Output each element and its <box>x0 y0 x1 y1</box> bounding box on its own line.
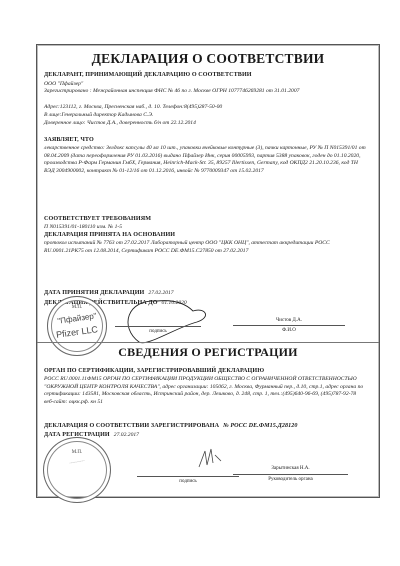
section-divider <box>37 342 379 343</box>
signer-name-line <box>233 325 345 326</box>
cert-body-text: РОСС RU.0001.11ФМ15 ОРГАН ПО СЕРТИФИКАЦИ… <box>44 376 366 406</box>
complies-heading: СООТВЕТСТВУЕТ ТРЕБОВАНИЯМ <box>44 216 151 222</box>
signature2-line <box>137 476 239 477</box>
document-title: ДЕКЛАРАЦИЯ О СООТВЕТСТВИИ <box>37 51 379 67</box>
cert-body-heading: ОРГАН ПО СЕРТИФИКАЦИИ, ЗАРЕГИСТРИРОВАВШИ… <box>44 368 264 374</box>
signer2-name: Зарытинская Н.А. <box>233 466 348 471</box>
registration-date-value: 27.02.2017 <box>114 432 139 438</box>
declarant-org: ООО "Пфайзер" <box>44 81 83 87</box>
basis-heading: ДЕКЛАРАЦИЯ ПРИНЯТА НА ОСНОВАНИИ <box>44 232 175 238</box>
stamp2-text: ~~~~~~~~ <box>44 454 110 469</box>
signature-scribble-icon <box>117 297 227 347</box>
signer2-name-caption: Руководитель органа <box>233 477 348 482</box>
declarant-person: В лице:Генеральный директор Кадынова С.Э… <box>44 112 153 118</box>
declares-heading: ЗАЯВЛЯЕТ, ЧТО <box>44 137 94 143</box>
signature2-scribble-icon <box>195 445 225 473</box>
certification-body-stamp-icon: М.П. ~~~~~~~~ <box>43 437 111 503</box>
signature-caption: подпись <box>115 329 201 334</box>
declarant-registered: Зарегистрировано : Межрайонная инспекция… <box>44 88 366 96</box>
declarant-proxy: Доверенное лицо: Чистов Д.А., довереннос… <box>44 120 196 126</box>
stamp2-mp: М.П. <box>44 450 110 455</box>
signature-line <box>115 326 201 327</box>
registration-number-value: № РОСС DE.ФМ15.Д28120 <box>223 423 297 429</box>
signer2-name-line <box>233 474 348 475</box>
declarant-address: Адрес:123112, г. Москва, Пресненская наб… <box>44 104 222 110</box>
complies-text: П N015391/01-180110 изм. № 1-5 <box>44 224 122 230</box>
basis-text: протокол испытаний № 7763 от 27.02.2017 … <box>44 240 366 255</box>
declaration-document: ДЕКЛАРАЦИЯ О СООТВЕТСТВИИ ДЕКЛАРАНТ, ПРИ… <box>36 44 380 498</box>
declarant-heading: ДЕКЛАРАНТ, ПРИНИМАЮЩИЙ ДЕКЛАРАЦИЮ О СООТ… <box>44 72 252 78</box>
stamp-mp: М.П. <box>48 305 106 310</box>
signer-name: Чистов Д.А. <box>233 318 345 323</box>
signer-name-caption: Ф.И.О <box>233 328 345 333</box>
registration-date: ДАТА РЕГИСТРАЦИИ 27.02.2017 <box>44 423 139 441</box>
registration-title: СВЕДЕНИЯ О РЕГИСТРАЦИИ <box>37 345 379 360</box>
declares-text: лекарственное средство: Зелдокс капсулы … <box>44 145 366 175</box>
signature2-caption: подпись <box>137 479 239 484</box>
